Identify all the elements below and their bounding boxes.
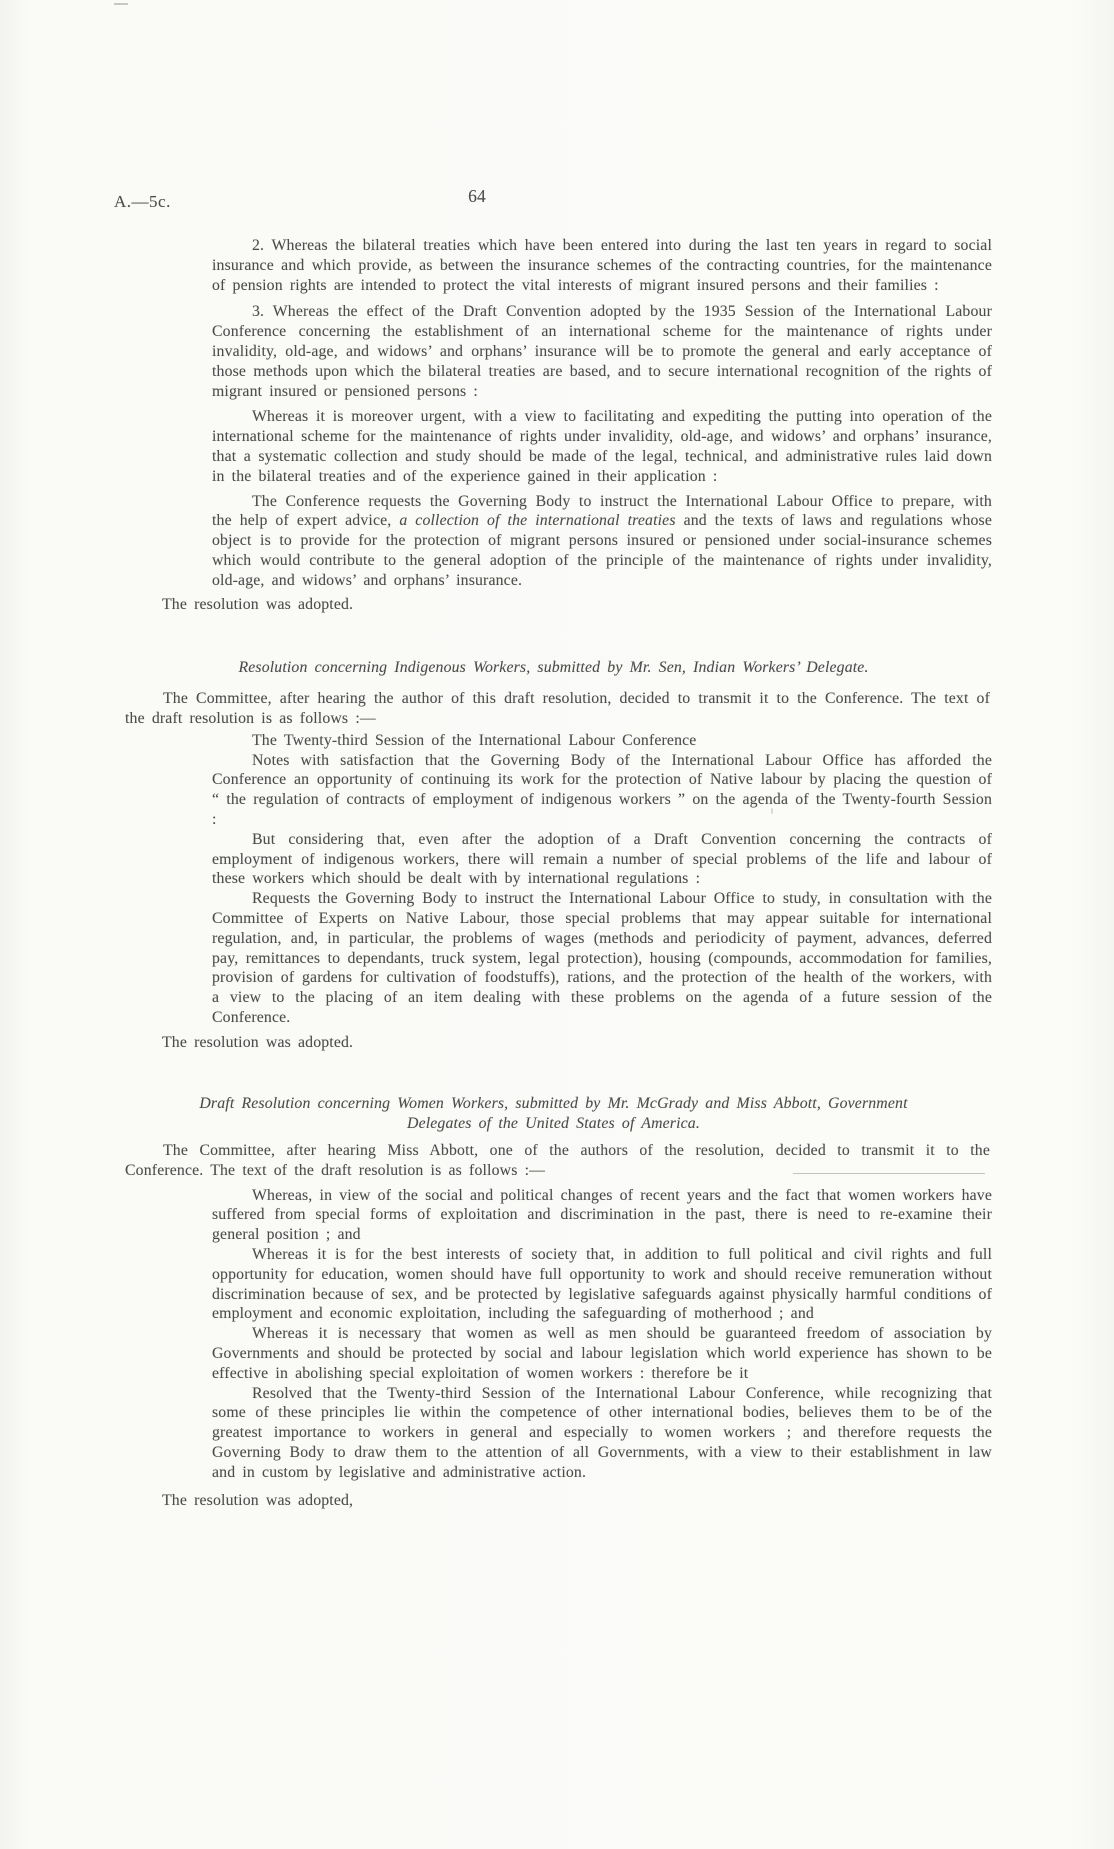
para-whereas-draft-convention: 3. Whereas the effect of the Draft Conve… xyxy=(212,302,992,401)
document-page: { "page": { "doc_ref": "A.—5c.", "page_n… xyxy=(0,0,1114,1849)
para-whereas-best-interests: Whereas it is for the best interests of … xyxy=(212,1245,992,1324)
para-conference-requests: The Conference requests the Governing Bo… xyxy=(212,492,992,591)
heading-women-workers-resolution-line2: Delegates of the United States of Americ… xyxy=(117,1114,990,1134)
page-number: 64 xyxy=(457,187,497,207)
para-requests-governing-body: Requests the Governing Body to instruct … xyxy=(212,889,992,1028)
heading-women-workers-resolution-line1: Draft Resolution concerning Women Worker… xyxy=(117,1094,990,1114)
page-content: A.—5c. 64 2. Whereas the bilateral treat… xyxy=(117,192,990,1510)
para-whereas-bilateral-treaties: 2. Whereas the bilateral treaties which … xyxy=(212,236,992,295)
para-committee-intro-women: The Committee, after hearing Miss Abbott… xyxy=(125,1141,990,1181)
quote-session-title-indigenous: The Twenty-third Session of the Internat… xyxy=(212,731,992,751)
heading-indigenous-workers-resolution: Resolution concerning Indigenous Workers… xyxy=(117,658,990,678)
para-whereas-social-changes: Whereas, in view of the social and polit… xyxy=(212,1186,992,1245)
resolution-adopted-line-2: The resolution was adopted. xyxy=(162,1033,990,1053)
requests-text-italic-phrase: a collection of the international treati… xyxy=(399,512,675,529)
resolution-adopted-line-3: The resolution was adopted, xyxy=(162,1491,990,1511)
para-committee-intro-indigenous: The Committee, after hearing the author … xyxy=(125,689,990,729)
para-but-considering: But considering that, even after the ado… xyxy=(212,830,992,889)
para-resolved-twenty-third-session: Resolved that the Twenty-third Session o… xyxy=(212,1384,992,1483)
para-whereas-freedom-association: Whereas it is necessary that women as we… xyxy=(212,1324,992,1383)
para-notes-with-satisfaction: Notes with satisfaction that the Governi… xyxy=(212,751,992,830)
para-whereas-moreover-urgent: Whereas it is moreover urgent, with a vi… xyxy=(212,407,992,486)
resolution-adopted-line-1: The resolution was adopted. xyxy=(162,595,990,615)
scan-artifact-top-dash xyxy=(114,3,128,5)
document-reference: A.—5c. xyxy=(114,192,171,212)
